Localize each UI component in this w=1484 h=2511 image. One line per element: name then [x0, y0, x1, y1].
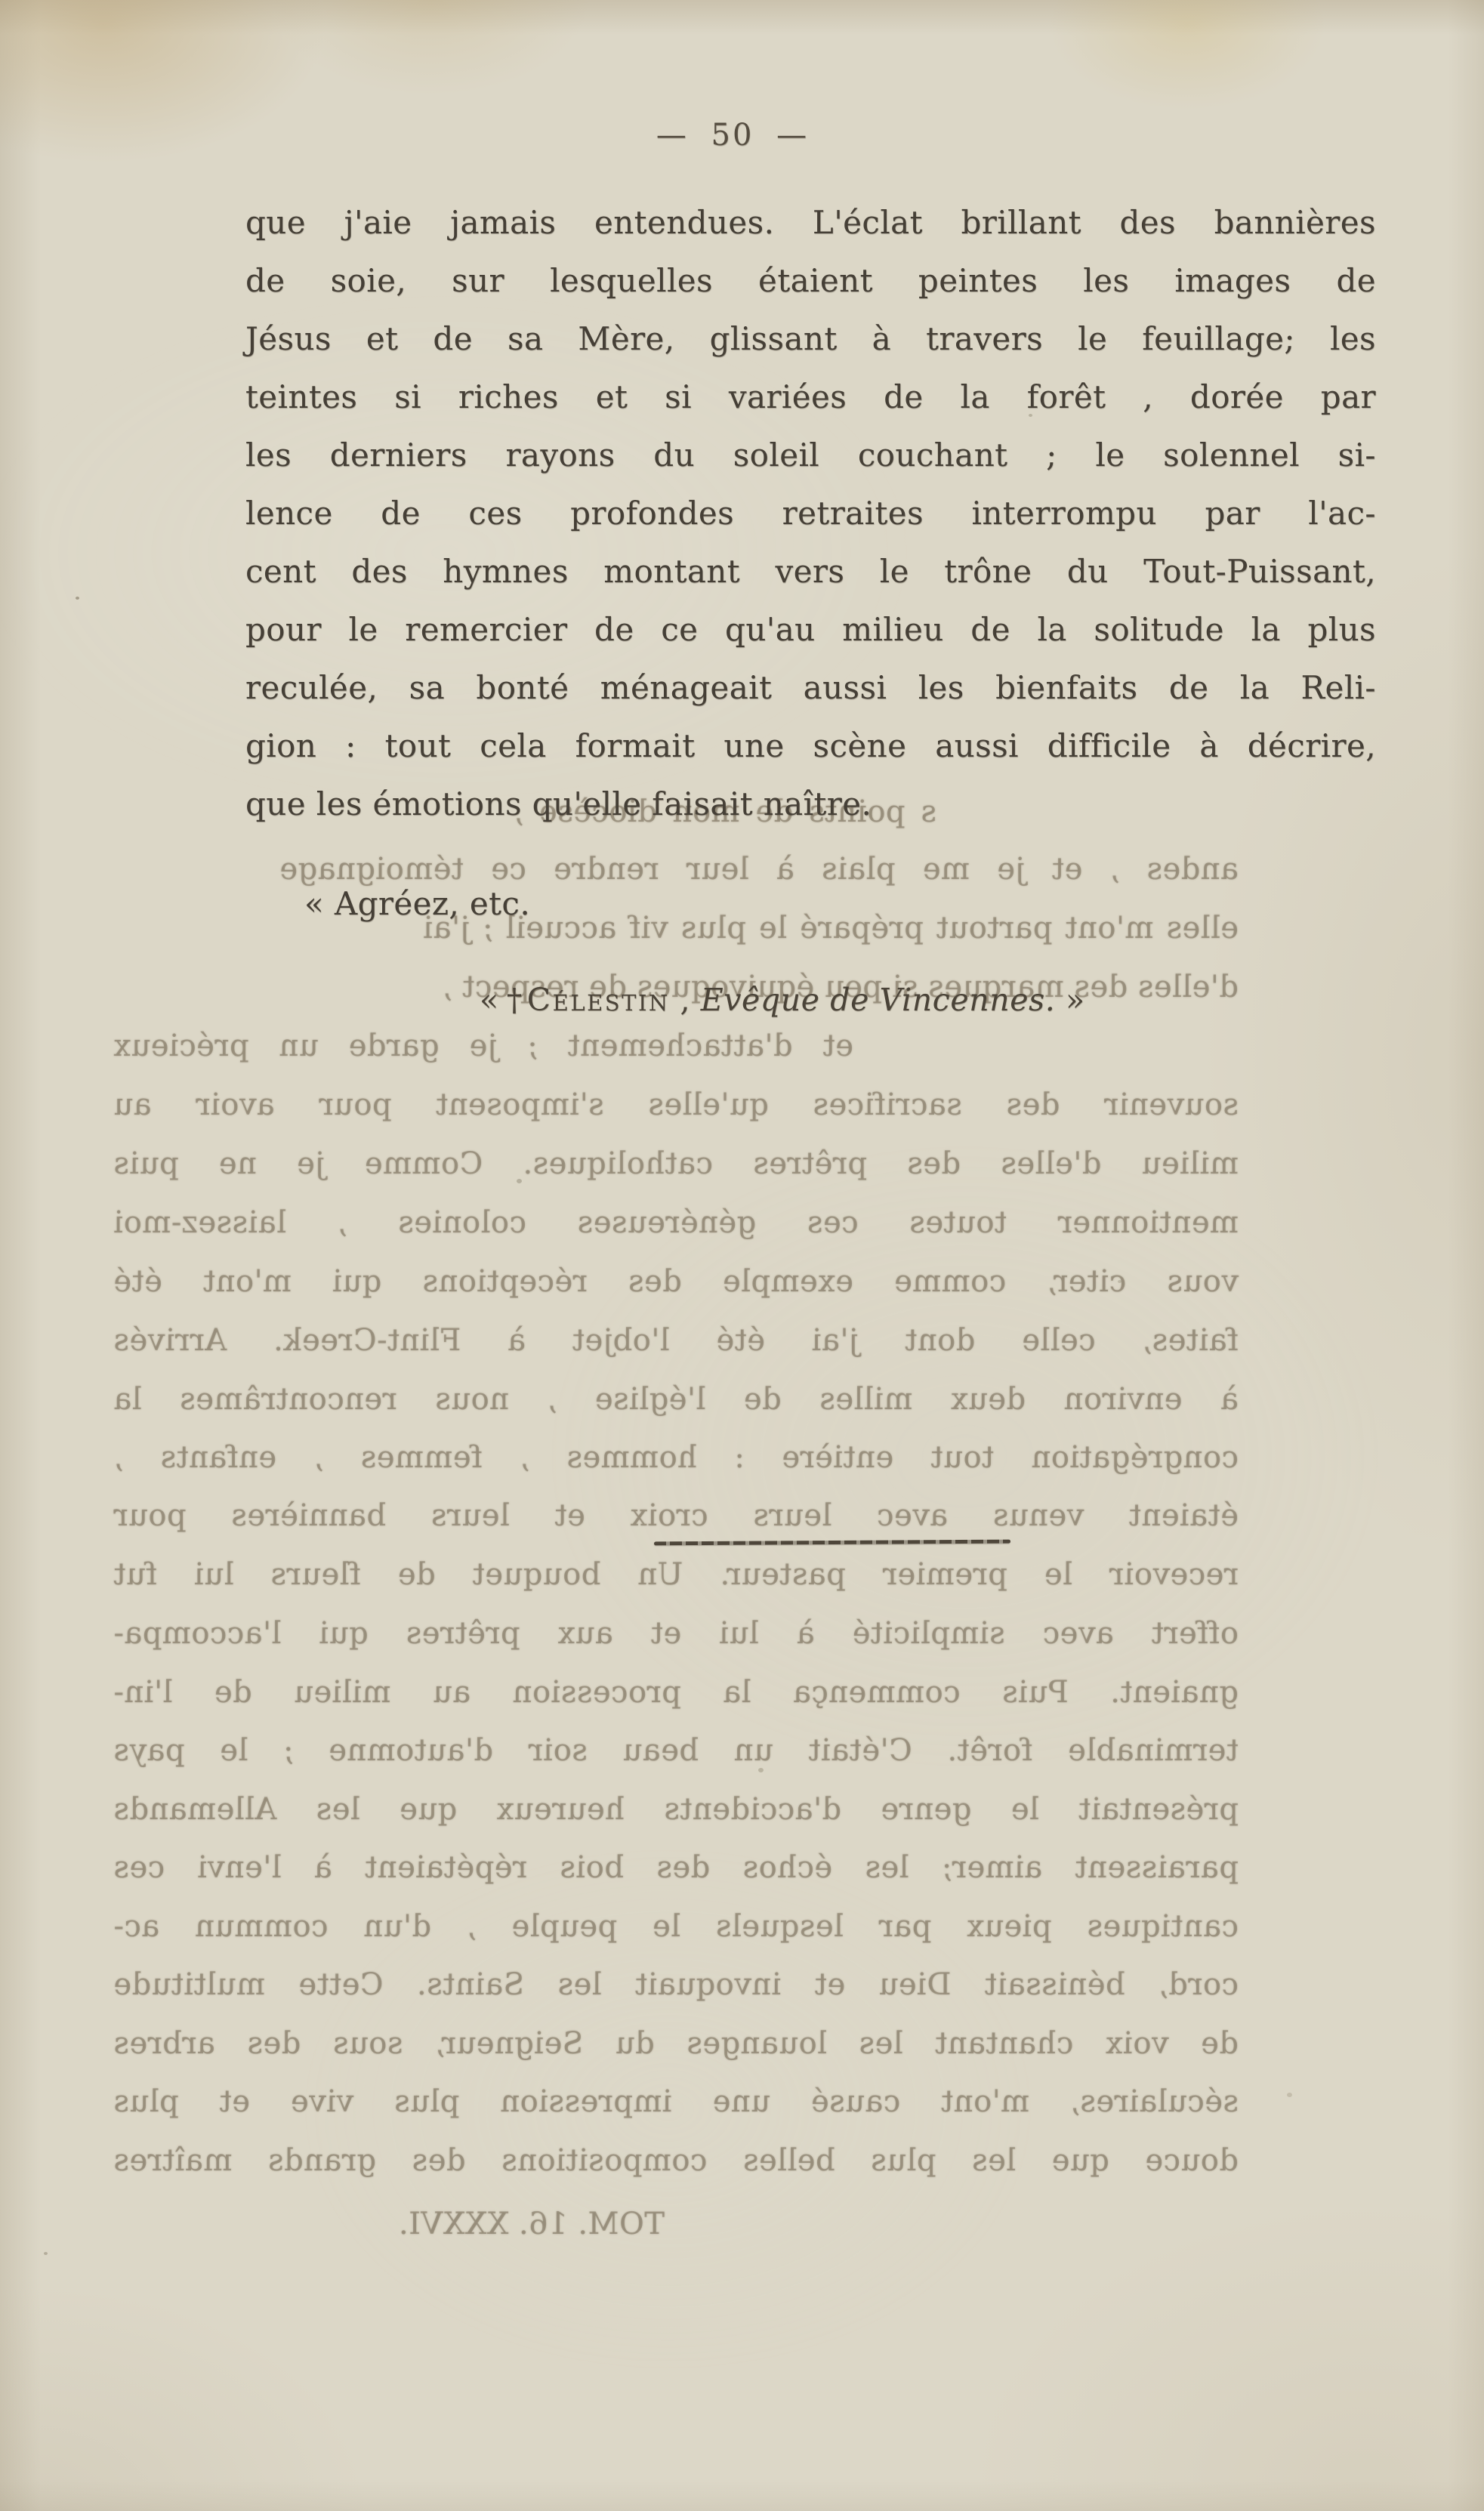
- bleed-through-line: milieu d'elles des prêtres catholiques. …: [113, 1146, 1239, 1181]
- bleed-through-line: souvenir des sacrifices qu'elles s'impos…: [113, 1087, 1239, 1122]
- bleed-through-line: de voix chantant les louanges du Seigneu…: [113, 2026, 1239, 2061]
- section-divider-rule: [654, 1540, 1010, 1546]
- bleed-through-line: à environ deux milles de l'église , nous…: [113, 1382, 1239, 1417]
- bleed-through-line: terminable forêt. C'était un beau soir d…: [113, 1733, 1239, 1768]
- printed-text-line: que les émotions qu'elle faisait naître.: [245, 775, 1376, 833]
- printed-text-line: pour le remercier de ce qu'au milieu de …: [245, 600, 1376, 659]
- bleed-through-line: elles m'ont partout préparé le plus vif …: [423, 911, 1239, 945]
- printed-text-line: lence de ces profondes retraites interro…: [245, 484, 1376, 542]
- printed-text-line: Jésus et de sa Mère, glissant à travers …: [245, 310, 1376, 368]
- paper-specks: [76, 597, 79, 600]
- bleed-through-line: andes , et je me plais à leur rendre ce …: [279, 852, 1239, 887]
- cross-symbol: †: [499, 982, 527, 1018]
- open-quote: «: [480, 982, 499, 1018]
- bleed-through-line: séculaires, m'ont causé une impression p…: [113, 2084, 1239, 2119]
- bleed-through-line: mentionner toutes ces généreuses colonie…: [113, 1205, 1239, 1240]
- bleed-through-line: offert avec simplicité à lui et aux prêt…: [113, 1616, 1239, 1651]
- bleed-through-line: TOM. 16. XXXVI.: [453, 2207, 665, 2241]
- close-quote: »: [1055, 982, 1084, 1018]
- printed-text-line: reculée, sa bonté ménageait aussi les bi…: [245, 659, 1376, 717]
- page-number: — 50 —: [0, 118, 1465, 153]
- signature-name: Célestin: [527, 982, 670, 1018]
- bleed-through-line: faites, celle dont j'ai été l'objet à Fl…: [113, 1323, 1239, 1358]
- closing-salutation: « Agréez, etc.: [304, 885, 530, 922]
- printed-text-line: cent des hymnes montant vers le trône du…: [245, 542, 1376, 600]
- printed-text-line: gion : tout cela formait une scène aussi…: [245, 717, 1376, 775]
- bleed-through-line: présentait le genre d'accidents heureux …: [113, 1792, 1239, 1827]
- signature-title: Evêque de Vincennes.: [701, 982, 1056, 1018]
- scanned-book-page: { "page": { "number_display": "— 50 —" }…: [0, 0, 1484, 2511]
- bleed-through-line: vous citer, comme exemple des réceptions…: [113, 1264, 1239, 1299]
- signature-comma: ,: [670, 982, 701, 1018]
- bleed-through-line: recevoir le premier pasteur. Un bouquet …: [113, 1557, 1239, 1592]
- bleed-through-line: congrégation tout entière : hommes , fem…: [113, 1440, 1239, 1475]
- bleed-through-line: paraissent aimer; les échos des bois rép…: [113, 1850, 1239, 1885]
- printed-text-line: que j'aie jamais entendues. L'éclat bril…: [245, 193, 1376, 251]
- printed-text-line: de soie, sur lesquelles étaient peintes …: [245, 251, 1376, 310]
- printed-text-line: les derniers rayons du soleil couchant ;…: [245, 426, 1376, 484]
- letter-body-paragraph: que j'aie jamais entendues. L'éclat bril…: [245, 193, 1376, 833]
- bleed-through-line: étaient venus avec leurs croix et leurs …: [113, 1498, 1239, 1533]
- signature-line: «†Célestin , Evêque de Vincennes. »: [480, 982, 1085, 1018]
- bleed-through-line: douce que les plus belles compositions d…: [113, 2143, 1239, 2178]
- bleed-through-line: cord, bénissait Dieu et invoquait les Sa…: [113, 1967, 1239, 2002]
- bleed-through-line: et d'attachement ; je garde un précieux: [113, 1029, 853, 1063]
- printed-text-line: teintes si riches et si variées de la fo…: [245, 368, 1376, 426]
- bleed-through-line: cantiques pieux par lesquels le peuple ,…: [113, 1909, 1239, 1944]
- bleed-through-line: gnaient. Puis commença la procession au …: [113, 1675, 1239, 1710]
